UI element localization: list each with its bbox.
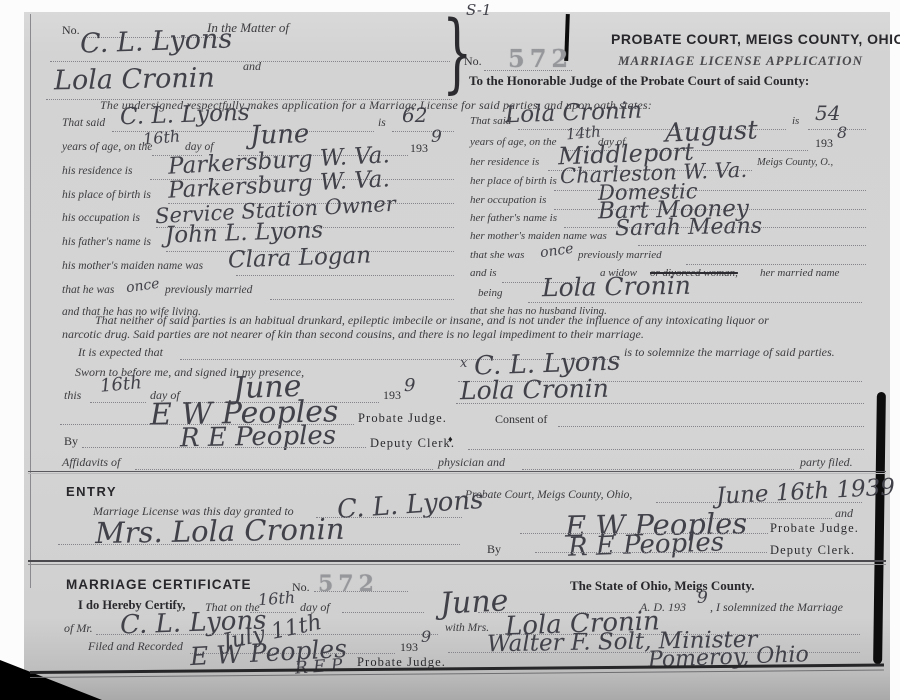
bride-age-line-label: years of age, on the <box>470 136 556 148</box>
bride-occupation-label: her occupation is <box>470 194 546 206</box>
groom-occupation-label: his occupation is <box>62 212 140 224</box>
bride-year-printed: 193 <box>815 136 833 151</box>
expected-suffix: is to solemnize the marriage of said par… <box>624 345 835 360</box>
dotted-line <box>456 403 864 404</box>
bride-age-value: 54 <box>815 101 840 125</box>
bride-widow-label1: and is <box>470 267 497 279</box>
oath-paragraph-line1: That neither of said parties is an habit… <box>95 313 769 328</box>
groom-age-value: 62 <box>402 103 427 127</box>
dotted-line <box>236 275 454 276</box>
filed-recorded-label: Filed and Recorded <box>88 639 183 654</box>
bride-mother-value: Sarah Means <box>615 214 763 242</box>
groom-birthplace-label: his place of birth is <box>62 189 151 201</box>
application-no-stamp: 572 <box>508 44 573 73</box>
certificate-title: MARRIAGE CERTIFICATE <box>66 577 252 592</box>
bride-signature: Lola Cronin <box>460 374 609 406</box>
dotted-line <box>270 299 454 300</box>
groom-mother-value: Clara Logan <box>228 243 372 274</box>
brace-bracket: } <box>442 18 472 88</box>
entry-and-label: and <box>835 506 853 521</box>
bride-residence-suffix: Meigs County, O., <box>757 157 833 168</box>
dotted-line <box>686 264 866 265</box>
bride-year-digit: 8 <box>837 123 847 142</box>
by-label: By <box>64 434 78 449</box>
bride-prev-married-label2: previously married <box>578 249 662 261</box>
bride-being-label: being <box>478 287 502 299</box>
groom-residence-label: his residence is <box>62 165 132 177</box>
certificate-year-digit: 9 <box>697 588 708 608</box>
groom-signature-mark: x <box>460 356 467 371</box>
section-divider-light <box>28 473 886 474</box>
consent-label: Consent of <box>495 412 547 427</box>
expected-label: It is expected that <box>78 345 163 360</box>
deputy-clerk-label: Deputy Clerk. <box>370 436 455 451</box>
groom-that-said-label: That said <box>62 117 105 129</box>
entry-clerk-signature: R E Peoples <box>568 527 725 562</box>
groom-year-digit: 9 <box>431 127 442 147</box>
section-divider-heavy <box>28 560 886 562</box>
dotted-line <box>638 245 866 246</box>
groom-name-value: C. L. Lyons <box>120 100 250 131</box>
dotted-line <box>528 302 862 303</box>
entry-by-label: By <box>487 542 501 557</box>
addressee: To the Honorable Judge of the Probate Co… <box>469 73 809 89</box>
section-divider <box>28 471 886 472</box>
entry-title: ENTRY <box>66 484 117 499</box>
party2-name: Lola Cronin <box>54 63 215 97</box>
dotted-line <box>135 469 433 470</box>
groom-prev-married-label1: that he was <box>62 284 114 296</box>
sworn-day-value: 16th <box>99 372 142 397</box>
sworn-year-printed: 193 <box>383 388 401 403</box>
form-title: MARRIAGE LICENSE APPLICATION <box>618 53 863 69</box>
section-divider-light <box>28 564 886 565</box>
oath-paragraph-line2: narcotic drug. Said parties are not near… <box>62 327 644 342</box>
dotted-line <box>522 469 794 470</box>
diamond-mark: ♦ <box>448 434 453 444</box>
filed-year-printed: 193 <box>400 640 418 655</box>
groom-is-label: is <box>378 117 386 129</box>
filed-year-digit: 9 <box>421 627 431 646</box>
left-edge-line <box>30 14 31 588</box>
and-label: and <box>243 59 261 74</box>
dotted-line <box>82 447 366 448</box>
certificate-solemnized-label: , I solemnized the Marriage <box>710 600 843 615</box>
bride-mother-label: her mother's maiden name was <box>470 230 607 242</box>
certificate-of-mr-label: of Mr. <box>64 621 93 636</box>
dotted-line <box>314 591 408 592</box>
dotted-line <box>58 544 460 545</box>
bride-father-label: her father's name is <box>470 212 557 224</box>
court-title: PROBATE COURT, MEIGS COUNTY, OHIO <box>611 31 900 47</box>
dotted-line <box>468 449 864 450</box>
dotted-line <box>558 426 864 427</box>
application-no-label: No. <box>464 54 482 69</box>
dotted-line <box>342 612 424 613</box>
dotted-line <box>90 402 146 403</box>
dotted-line <box>535 552 767 553</box>
bride-prev-married-label1: that she was <box>470 249 524 261</box>
dotted-line <box>392 131 454 132</box>
probate-judge-label: Probate Judge. <box>358 411 447 426</box>
groom-mother-label: his mother's maiden name was <box>62 260 203 272</box>
entry-court-label: Probate Court, Meigs County, Ohio, <box>465 489 632 501</box>
bride-residence-label: her residence is <box>470 156 539 168</box>
entry-deputy-clerk-label: Deputy Clerk. <box>770 543 855 558</box>
party-filed-label: party filed. <box>800 455 853 470</box>
affidavits-label: Affidavits of <box>62 455 120 470</box>
entry-probate-judge-label: Probate Judge. <box>770 521 859 536</box>
certificate-with-mrs-label: with Mrs. <box>445 622 489 634</box>
groom-prev-married-label2: previously married <box>165 284 252 296</box>
physician-label: physician and <box>438 455 505 470</box>
groom-year-printed: 193 <box>410 141 428 156</box>
party1-name: C. L. Lyons <box>80 23 233 59</box>
certificate-state-label: The State of Ohio, Meigs County. <box>570 578 755 594</box>
bride-married-name-value: Lola Cronin <box>542 271 691 303</box>
bride-birthplace-label: her place of birth is <box>470 175 557 187</box>
groom-day-value: 16th <box>142 126 181 148</box>
sworn-year-digit: 9 <box>404 375 415 396</box>
scanned-document-page: S-1 No. In the Matter of C. L. Lyons and… <box>0 0 900 700</box>
case-no-label: No. <box>62 23 80 38</box>
groom-father-label: his father's name is <box>62 236 151 248</box>
groom-age-line-label: years of age, on the <box>62 141 152 153</box>
bride-is-label: is <box>792 115 799 127</box>
sworn-this-label: this <box>64 388 81 403</box>
certificate-no-stamp: 572 <box>318 571 379 597</box>
certificate-month-value: June <box>439 583 509 622</box>
clerk-signature: R E Peoples <box>180 421 337 454</box>
bride-widow-label3: her married name <box>760 267 839 279</box>
dotted-line <box>484 70 572 71</box>
